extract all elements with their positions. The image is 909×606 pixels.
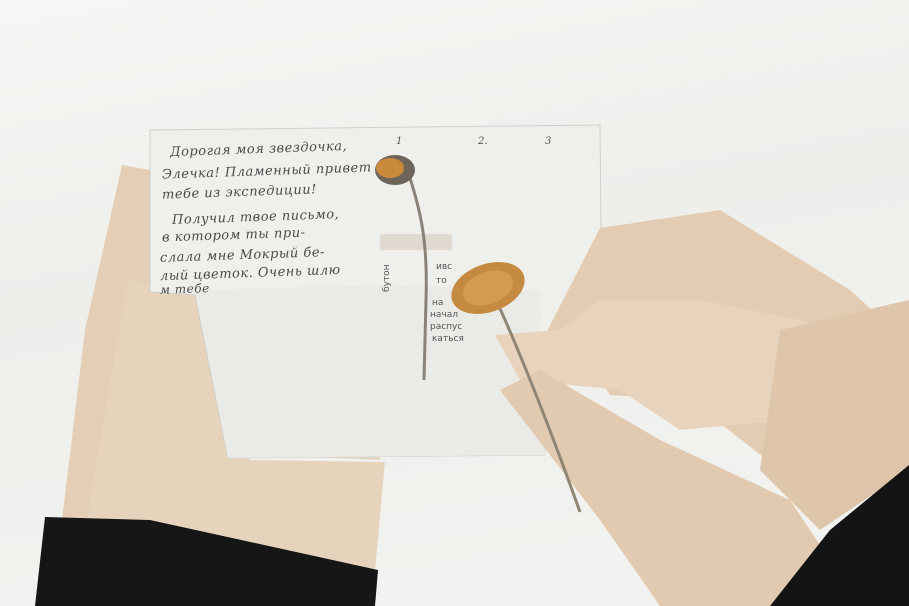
dried-flower-1 [375,155,415,185]
number-label: 2. [478,136,488,147]
side-note: распус [430,322,462,332]
side-note: то [436,276,447,286]
vertical-label: бутон [382,264,392,292]
number-label: 1 [396,136,402,147]
side-note: каться [432,334,464,344]
side-note: ивс [436,262,452,272]
letter-line: м тебе [160,281,210,297]
side-note: начал [430,310,458,320]
tape-strip [380,234,452,250]
collage-artwork [0,0,909,606]
side-note: на [432,298,443,308]
number-label: 3 [545,136,551,147]
